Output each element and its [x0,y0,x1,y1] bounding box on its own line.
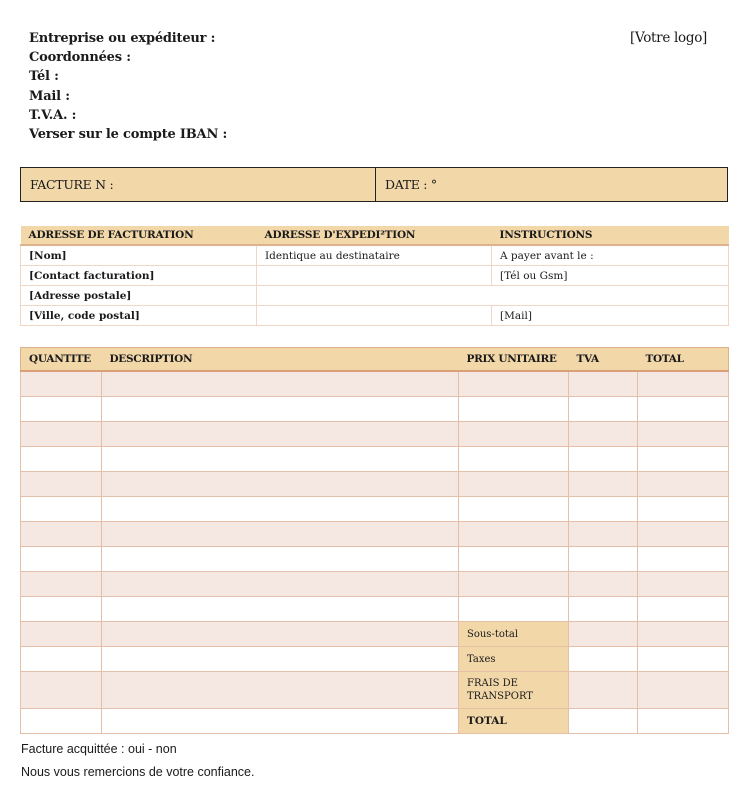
header-instructions: INSTRUCTIONS [492,226,729,245]
billing-name[interactable]: [Nom] [21,245,257,266]
address-row: [Adresse postale] [21,286,729,306]
header-vat: TVA [569,348,638,372]
line-total-cell[interactable] [638,371,729,397]
summary-row-total: TOTAL [21,709,729,734]
sender-phone-label: Tél : [29,67,227,86]
sender-vat-label: T.V.A. : [29,106,227,125]
unit-price-cell[interactable] [459,597,569,622]
quantity-cell[interactable] [21,647,102,672]
address-row: [Contact facturation] [Tél ou Gsm] [21,266,729,286]
description-cell[interactable] [102,597,459,622]
description-cell[interactable] [102,647,459,672]
invoice-date-field[interactable]: DATE : ° [376,168,727,201]
header-unit-price: PRIX UNITAIRE [459,348,569,372]
unit-price-cell[interactable] [459,472,569,497]
description-cell[interactable] [102,572,459,597]
quantity-cell[interactable] [21,422,102,447]
item-row [21,572,729,597]
unit-price-cell[interactable] [459,371,569,397]
summary-row-shipping: FRAIS DE TRANSPORT [21,672,729,709]
item-row [21,447,729,472]
billing-city[interactable]: [Ville, code postal] [21,306,257,326]
quantity-cell[interactable] [21,497,102,522]
description-cell[interactable] [102,622,459,647]
item-row [21,422,729,447]
vat-cell[interactable] [569,422,638,447]
header-shipping-address: ADRESSE D'EXPEDI²TION [257,226,492,245]
line-total-cell[interactable] [638,597,729,622]
summary-row-taxes: Taxes [21,647,729,672]
quantity-cell[interactable] [21,622,102,647]
description-cell[interactable] [102,709,459,734]
thank-you-text: Nous vous remercions de votre confiance. [21,765,254,779]
vat-cell[interactable] [569,371,638,397]
billing-postal-address[interactable]: [Adresse postale] [21,286,257,306]
item-row [21,472,729,497]
instruction-phone[interactable]: [Tél ou Gsm] [492,266,729,286]
sender-block: Entreprise ou expéditeur : Coordonnées :… [29,29,227,144]
logo-placeholder[interactable]: [Votre logo] [630,29,707,48]
address-row: [Nom] Identique au destinataire A payer … [21,245,729,266]
unit-price-cell[interactable] [459,547,569,572]
invoice-info-box: FACTURE N : DATE : ° [20,167,728,202]
address-table: ADRESSE DE FACTURATION ADRESSE D'EXPEDI²… [20,226,729,326]
taxes-label: Taxes [459,647,569,672]
vat-cell[interactable] [569,672,638,709]
unit-price-cell[interactable] [459,497,569,522]
instruction-mail[interactable]: [Mail] [492,306,729,326]
vat-cell[interactable] [569,647,638,672]
description-cell[interactable] [102,397,459,422]
billing-contact[interactable]: [Contact facturation] [21,266,257,286]
taxes-value[interactable] [638,647,729,672]
line-total-cell[interactable] [638,522,729,547]
item-row [21,597,729,622]
shipping-postal-address[interactable] [257,286,729,306]
items-table: QUANTITE DESCRIPTION PRIX UNITAIRE TVA T… [20,347,729,734]
quantity-cell[interactable] [21,522,102,547]
quantity-cell[interactable] [21,371,102,397]
description-cell[interactable] [102,472,459,497]
unit-price-cell[interactable] [459,522,569,547]
summary-row-subtotal: Sous-total [21,622,729,647]
grand-total-label: TOTAL [459,709,569,734]
paid-status-text: Facture acquittée : oui - non [21,742,177,756]
quantity-cell[interactable] [21,472,102,497]
invoice-number-field[interactable]: FACTURE N : [21,168,376,201]
unit-price-cell[interactable] [459,572,569,597]
quantity-cell[interactable] [21,397,102,422]
unit-price-cell[interactable] [459,447,569,472]
shipping-fee-value[interactable] [638,672,729,709]
shipping-name[interactable]: Identique au destinataire [257,245,492,266]
shipping-fee-label: FRAIS DE TRANSPORT [459,672,569,709]
quantity-cell[interactable] [21,709,102,734]
vat-cell[interactable] [569,622,638,647]
item-row [21,397,729,422]
line-total-cell[interactable] [638,422,729,447]
header-description: DESCRIPTION [102,348,459,372]
item-row [21,371,729,397]
description-cell[interactable] [102,371,459,397]
description-cell[interactable] [102,497,459,522]
vat-cell[interactable] [569,572,638,597]
vat-cell[interactable] [569,497,638,522]
quantity-cell[interactable] [21,447,102,472]
vat-cell[interactable] [569,709,638,734]
address-row: [Ville, code postal] [Mail] [21,306,729,326]
shipping-city[interactable] [257,306,492,326]
vat-cell[interactable] [569,547,638,572]
description-cell[interactable] [102,422,459,447]
description-cell[interactable] [102,447,459,472]
vat-cell[interactable] [569,597,638,622]
sender-mail-label: Mail : [29,87,227,106]
description-cell[interactable] [102,547,459,572]
line-total-cell[interactable] [638,397,729,422]
line-total-cell[interactable] [638,572,729,597]
shipping-contact[interactable] [257,266,492,286]
vat-cell[interactable] [569,397,638,422]
unit-price-cell[interactable] [459,422,569,447]
vat-cell[interactable] [569,472,638,497]
grand-total-value[interactable] [638,709,729,734]
header-billing-address: ADRESSE DE FACTURATION [21,226,257,245]
description-cell[interactable] [102,522,459,547]
vat-cell[interactable] [569,522,638,547]
item-row [21,497,729,522]
quantity-cell[interactable] [21,547,102,572]
quantity-cell[interactable] [21,597,102,622]
item-row [21,522,729,547]
sender-iban-label: Verser sur le compte IBAN : [29,125,227,144]
sender-company-label: Entreprise ou expéditeur : [29,29,227,48]
subtotal-label: Sous-total [459,622,569,647]
subtotal-value[interactable] [638,622,729,647]
header-quantity: QUANTITE [21,348,102,372]
unit-price-cell[interactable] [459,397,569,422]
header-total: TOTAL [638,348,729,372]
description-cell[interactable] [102,672,459,709]
line-total-cell[interactable] [638,497,729,522]
quantity-cell[interactable] [21,672,102,709]
item-row [21,547,729,572]
line-total-cell[interactable] [638,547,729,572]
sender-contact-label: Coordonnées : [29,48,227,67]
line-total-cell[interactable] [638,472,729,497]
quantity-cell[interactable] [21,572,102,597]
line-total-cell[interactable] [638,447,729,472]
instruction-due-date[interactable]: A payer avant le : [492,245,729,266]
vat-cell[interactable] [569,447,638,472]
